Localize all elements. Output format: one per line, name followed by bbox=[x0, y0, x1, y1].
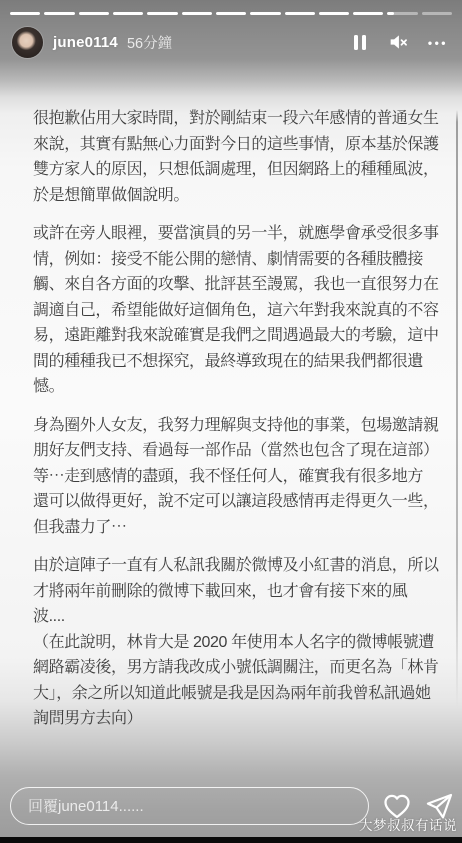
avatar[interactable] bbox=[12, 27, 43, 58]
bottom-black-bar bbox=[0, 837, 462, 843]
story-progress-bar bbox=[10, 12, 452, 15]
paragraph: 由於這陣子一直有人私訊我關於微博及小紅書的消息，所以 才將兩年前刪除的微博下載回… bbox=[33, 553, 442, 732]
paragraph: 很抱歉佔用大家時間，對於剛結束一段六年感情的普通女生 來說，其實有點無心力面對今… bbox=[33, 106, 442, 208]
progress-segment bbox=[319, 12, 349, 15]
progress-segment bbox=[353, 12, 383, 15]
progress-segment bbox=[113, 12, 143, 15]
progress-segment bbox=[216, 12, 246, 15]
posted-ago: 56分鐘 bbox=[127, 32, 172, 53]
reply-input[interactable] bbox=[10, 787, 369, 825]
progress-segment bbox=[147, 12, 177, 15]
progress-segment bbox=[387, 12, 417, 15]
more-options-icon[interactable]: ••• bbox=[428, 35, 448, 49]
pause-icon[interactable] bbox=[352, 33, 368, 52]
progress-segment bbox=[250, 12, 280, 15]
progress-segment bbox=[422, 12, 452, 15]
story-header: june0114 56分鐘 ••• bbox=[12, 26, 448, 58]
progress-segment bbox=[285, 12, 315, 15]
mute-icon[interactable] bbox=[387, 31, 409, 53]
header-controls: ••• bbox=[352, 31, 448, 53]
progress-segment bbox=[10, 12, 40, 15]
screenshot-scrollbar-line bbox=[456, 110, 458, 708]
watermark-text: 大梦叔叔有话说 bbox=[359, 814, 457, 834]
progress-segment bbox=[182, 12, 212, 15]
progress-segment bbox=[44, 12, 74, 15]
story-text-content: 很抱歉佔用大家時間，對於剛結束一段六年感情的普通女生 來說，其實有點無心力面對今… bbox=[33, 106, 442, 745]
story-viewer: june0114 56分鐘 ••• 很抱歉佔用大家時間，對於剛結束一段六年感情的… bbox=[0, 0, 462, 843]
progress-segment bbox=[79, 12, 109, 15]
username[interactable]: june0114 bbox=[53, 34, 118, 51]
paragraph: 或許在旁人眼裡，要當演員的另一半，就應學會承受很多事 情，例如：接受不能公開的戀… bbox=[33, 221, 442, 400]
paragraph: 身為圈外人女友，我努力理解與支持他的事業，包場邀請親 朋好友們支持、看過每一部作… bbox=[33, 413, 442, 541]
